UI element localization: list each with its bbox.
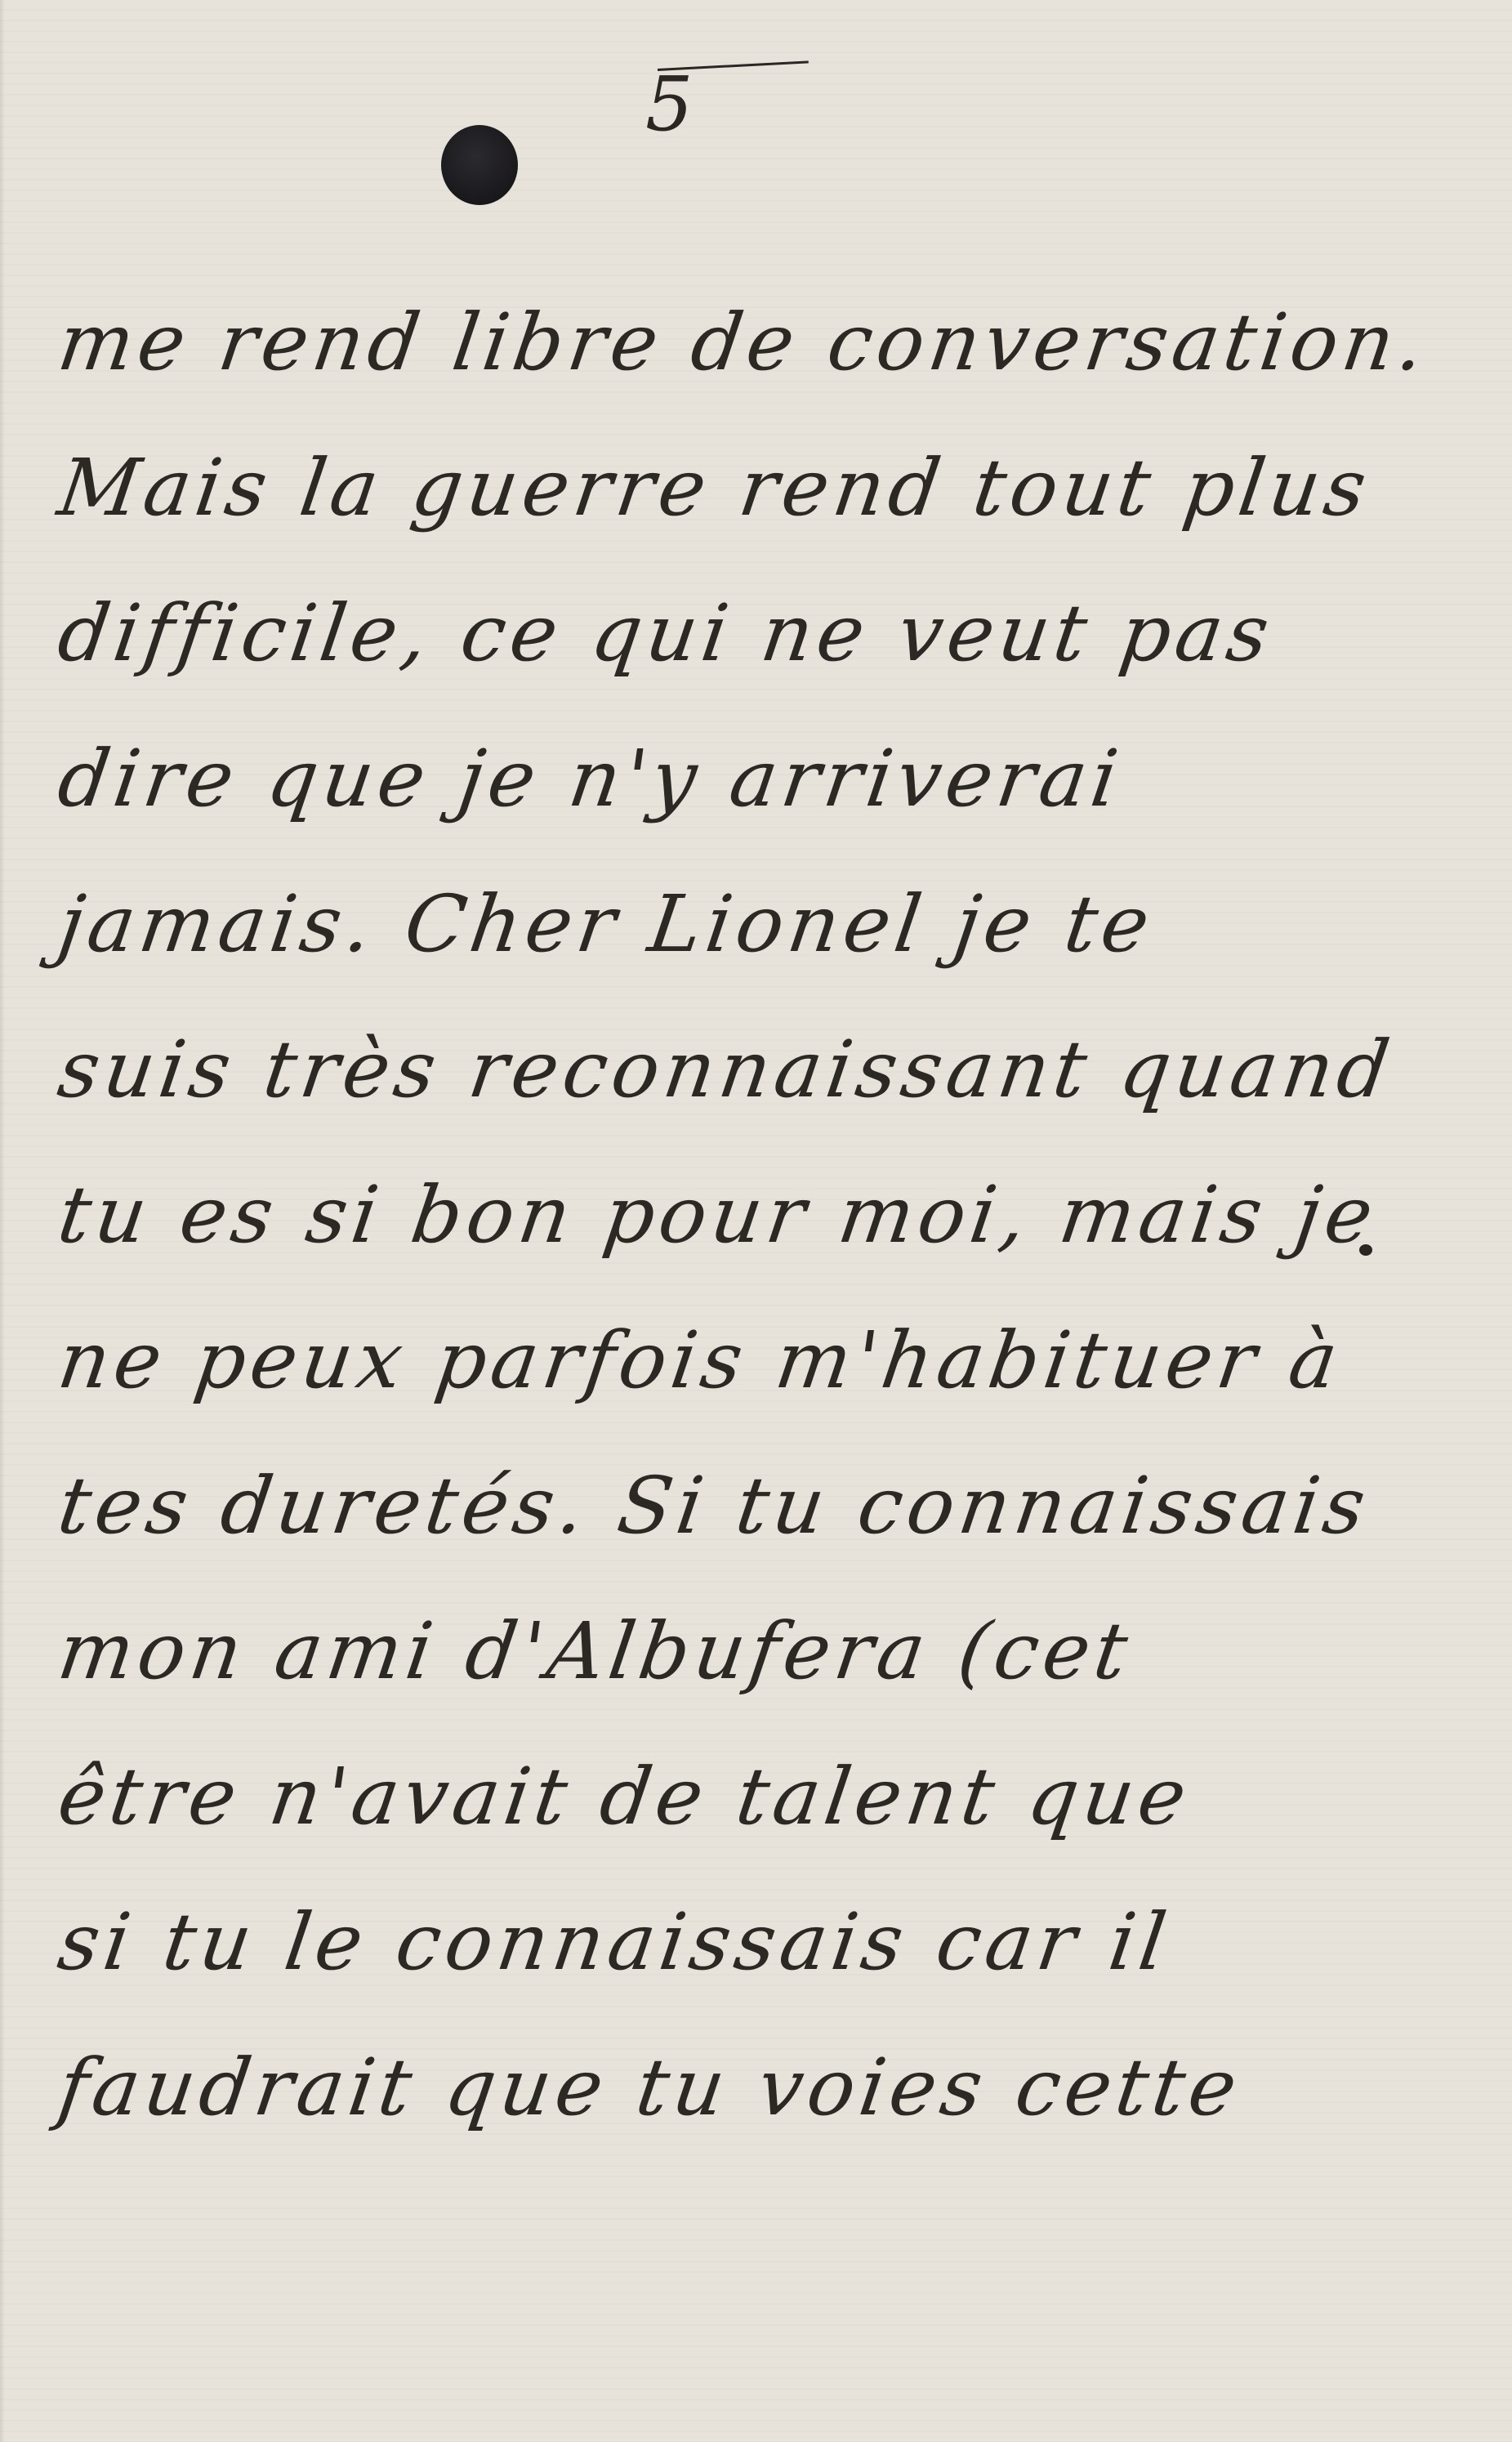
text-line: être n'avait de talent que bbox=[49, 1724, 1491, 1869]
text-line: difficile, ce qui ne veut pas bbox=[49, 560, 1491, 706]
text-line: si tu le connaissais car il bbox=[49, 1869, 1491, 2015]
punch-hole bbox=[441, 125, 518, 205]
text-line: ne peux parfois m'habituer à bbox=[49, 1288, 1491, 1433]
text-line: me rend libre de conversation. bbox=[49, 270, 1491, 415]
page-number: 5 bbox=[645, 67, 694, 142]
text-line: dire que je n'y arriverai bbox=[49, 706, 1491, 851]
text-line: tes duretés. Si tu connaissais bbox=[49, 1433, 1491, 1578]
text-line: jamais. Cher Lionel je te bbox=[49, 851, 1491, 997]
text-line: mon ami d'Albufera (cet bbox=[49, 1578, 1491, 1724]
letter-page: 5 me rend libre de conversation. Mais la… bbox=[0, 0, 1512, 2442]
text-line: Mais la guerre rend tout plus bbox=[49, 415, 1491, 560]
text-line: tu es si bon pour moi, mais je bbox=[49, 1142, 1491, 1288]
text-line: suis très reconnaissant quand bbox=[49, 997, 1491, 1142]
text-line: faudrait que tu voies cette bbox=[49, 2015, 1491, 2160]
handwritten-text-body: me rend libre de conversation. Mais la g… bbox=[49, 270, 1470, 2160]
